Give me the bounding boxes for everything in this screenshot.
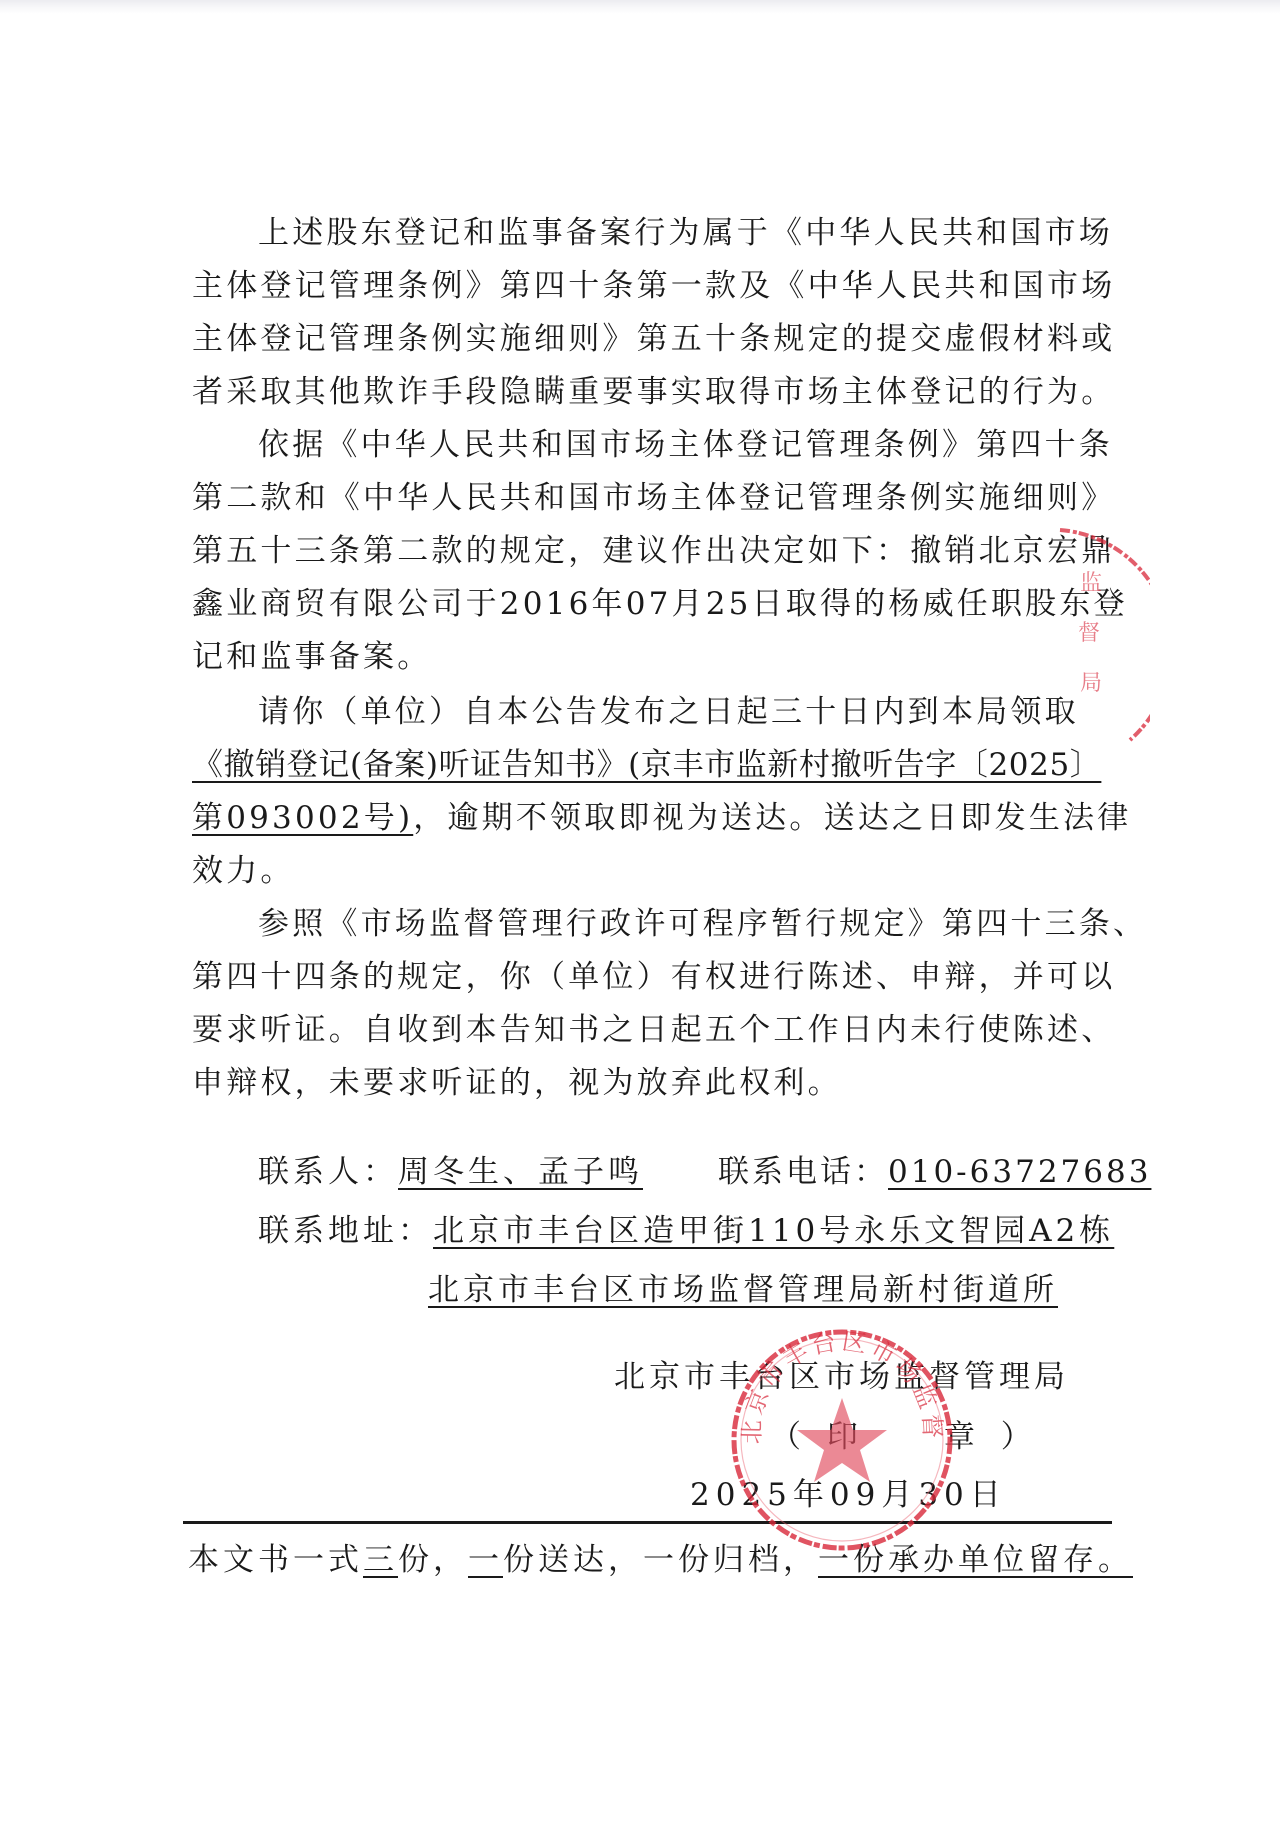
body-line: 第四十四条的规定，你（单位）有权进行陈述、申辩，并可以 bbox=[192, 952, 1102, 1002]
body-line: 参照《市场监督管理行政许可程序暂行规定》第四十三条、 bbox=[258, 899, 1168, 949]
body-line: 第二款和《中华人民共和国市场主体登记管理条例实施细则》 bbox=[192, 473, 1102, 523]
body-line: 第五十三条第二款的规定，建议作出决定如下：撤销北京宏鼎 bbox=[192, 526, 1102, 576]
notice-reference-line: 《撤销登记(备案)听证告知书》(京丰市监新村撤听告字〔2025〕 bbox=[192, 740, 1102, 790]
contact-person-value: 周冬生、孟子鸣 bbox=[398, 1154, 643, 1190]
contact-address-row: 联系地址：北京市丰台区造甲街110号永乐文智园A2栋 bbox=[258, 1206, 1114, 1256]
notice-reference: 《撤销登记(备案)听证告知书》(京丰市监新村撤听告字〔2025〕 bbox=[192, 747, 1101, 783]
issuer-name: 北京市丰台区市场监督管理局 bbox=[614, 1352, 1069, 1402]
copies-note: 本文书一式三份，一份送达，一份归档，一份承办单位留存。 bbox=[188, 1535, 1133, 1585]
body-line: 主体登记管理条例实施细则》第五十条规定的提交虚假材料或 bbox=[192, 314, 1102, 364]
contact-phone-label: 联系电话： bbox=[718, 1154, 888, 1190]
document-page: 上述股东登记和监事备案行为属于《中华人民共和国市场 主体登记管理条例》第四十条第… bbox=[0, 0, 1280, 1831]
body-line: 记和监事备案。 bbox=[192, 632, 1102, 682]
body-line: 请你（单位）自本公告发布之日起三十日内到本局领取 bbox=[258, 687, 1168, 737]
footer-divider bbox=[183, 1521, 1112, 1524]
contact-phone-row: 联系电话：010-63727683 bbox=[718, 1147, 1151, 1197]
body-line: 者采取其他欺诈手段隐瞒重要事实取得市场主体登记的行为。 bbox=[192, 367, 1102, 417]
contact-address-line1: 北京市丰台区造甲街110号永乐文智园A2栋 bbox=[433, 1213, 1114, 1249]
issue-date: 2025年09月30日 bbox=[690, 1470, 1007, 1520]
seal-placeholder-text: （ 印 章 ） bbox=[770, 1412, 1040, 1462]
contact-phone-value: 010-63727683 bbox=[888, 1154, 1151, 1190]
contact-address-row-2: 北京市丰台区市场监督管理局新村街道所 bbox=[428, 1265, 1058, 1315]
contact-address-label: 联系地址： bbox=[258, 1213, 433, 1249]
body-text: ，逾期不领取即视为送达。送达之日即发生法律 bbox=[413, 800, 1131, 836]
body-line: 效力。 bbox=[192, 846, 1102, 896]
copies-text: 本文书一式 bbox=[188, 1542, 363, 1578]
body-line: 要求听证。自收到本告知书之日起五个工作日内未行使陈述、 bbox=[192, 1005, 1102, 1055]
copies-first: 一 bbox=[468, 1542, 503, 1578]
contact-address-line2: 北京市丰台区市场监督管理局新村街道所 bbox=[428, 1272, 1058, 1308]
body-line: 依据《中华人民共和国市场主体登记管理条例》第四十条 bbox=[258, 420, 1168, 470]
body-line: 申辩权，未要求听证的，视为放弃此权利。 bbox=[192, 1058, 1102, 1108]
copies-text: 份送达，一份归档， bbox=[503, 1542, 818, 1578]
copies-retained: 一份承办单位留存。 bbox=[818, 1542, 1133, 1578]
body-line: 第093002号)，逾期不领取即视为送达。送达之日即发生法律 bbox=[192, 793, 1102, 843]
body-line: 鑫业商贸有限公司于2016年07月25日取得的杨威任职股东登 bbox=[192, 579, 1102, 629]
notice-number: 第093002号) bbox=[192, 800, 413, 836]
contact-person-row: 联系人：周冬生、孟子鸣 bbox=[258, 1147, 643, 1197]
contact-person-label: 联系人： bbox=[258, 1154, 398, 1190]
body-line: 主体登记管理条例》第四十条第一款及《中华人民共和国市场 bbox=[192, 261, 1102, 311]
copies-count: 三 bbox=[363, 1542, 398, 1578]
copies-text: 份， bbox=[398, 1542, 468, 1578]
body-line: 上述股东登记和监事备案行为属于《中华人民共和国市场 bbox=[258, 208, 1168, 258]
